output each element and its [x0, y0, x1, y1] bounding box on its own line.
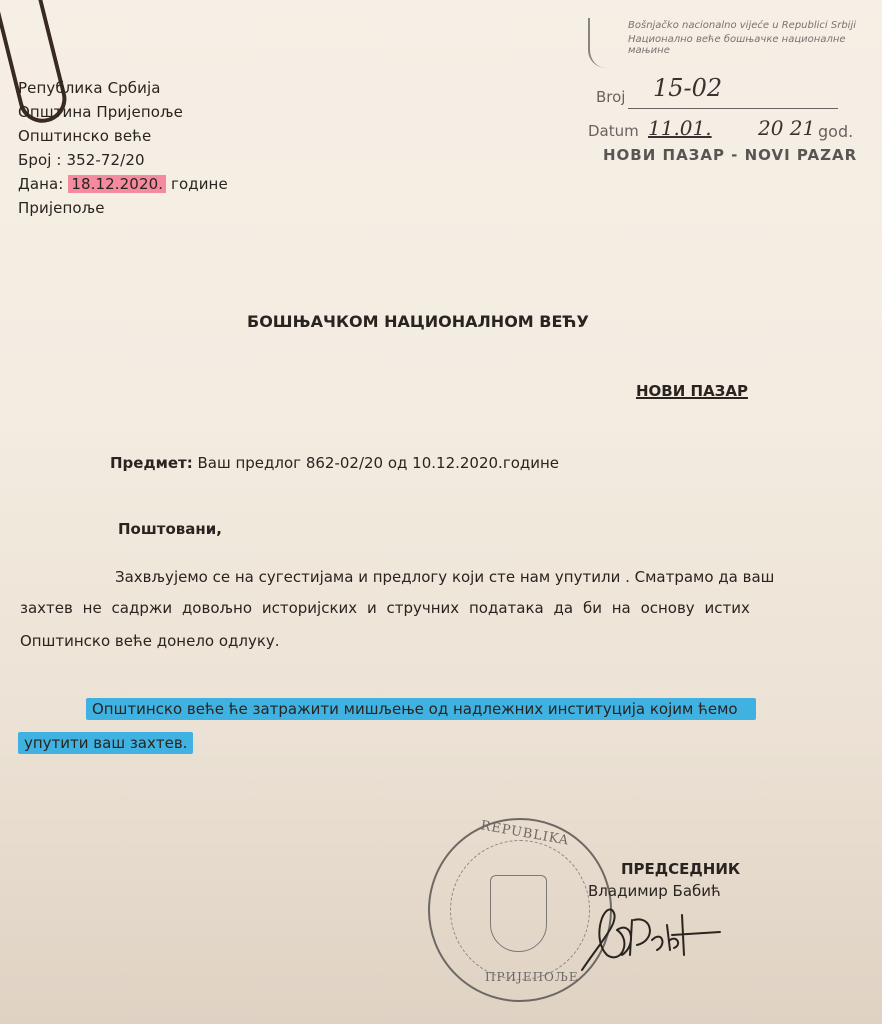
- stamp-number-label: Broj: [596, 88, 625, 106]
- stamp-date-value: 11.01.: [648, 116, 712, 140]
- paragraph2-line1-highlight: Општинско веће ће затражити мишљење од н…: [86, 698, 756, 720]
- word: стручних: [387, 599, 460, 617]
- word: основу: [641, 599, 695, 617]
- stamp-year-value: 20 21: [758, 116, 815, 140]
- sender-line-date: Дана: 18.12.2020. године: [18, 172, 228, 196]
- sender-line-number: Број : 352-72/20: [18, 148, 228, 172]
- paragraph2-line2: упутити ваш захтев.: [18, 734, 193, 752]
- word: и: [367, 599, 377, 617]
- paragraph2-line2-highlight: упутити ваш захтев.: [18, 732, 193, 754]
- word: истих: [705, 599, 750, 617]
- date-label: Дана:: [18, 175, 63, 193]
- signatory-name: Владимир Бабић: [588, 882, 721, 900]
- date-suffix: године: [171, 175, 228, 193]
- paragraph1-line1: Захвљуjемо се на сугестиjама и предлогу …: [115, 568, 774, 586]
- recipient-title: БОШЊАЧКОМ НАЦИОНАЛНОМ ВЕЋУ: [247, 312, 589, 331]
- stamp-year-suffix: god.: [818, 122, 853, 141]
- stamp-number-rule: [628, 108, 838, 109]
- paragraph1-line3: Општинско веће донело одлуку.: [20, 632, 280, 650]
- sender-line-country: Република Србија: [18, 76, 228, 100]
- stamp-emblem-icon: [588, 18, 624, 68]
- word: довољно: [182, 599, 252, 617]
- greeting: Поштовани,: [118, 520, 222, 538]
- received-stamp: Bošnjačko nacionalno vijeće u Republici …: [578, 18, 878, 183]
- word: да: [554, 599, 574, 617]
- sender-line-council: Општинско веће: [18, 124, 228, 148]
- word: на: [612, 599, 631, 617]
- round-stamp-bottom-text: ПРИЈЕПОЉЕ: [485, 970, 579, 984]
- subject-label: Предмет:: [110, 454, 193, 472]
- signature-title: ПРЕДСЕДНИК: [621, 860, 740, 878]
- sender-header: Република Србија Општина Пријепоље Општи…: [18, 76, 228, 220]
- date-value-highlighted: 18.12.2020.: [68, 175, 166, 193]
- word: података: [469, 599, 544, 617]
- stamp-number-value: 15-02: [653, 74, 722, 102]
- stamp-city: НОВИ ПАЗАР - NOVI PAZAR: [603, 146, 857, 164]
- recipient-city: НОВИ ПАЗАР: [636, 382, 748, 400]
- sender-line-place: Пријепоље: [18, 196, 228, 220]
- word: не: [83, 599, 102, 617]
- word: би: [583, 599, 602, 617]
- document-page: Република Србија Општина Пријепоље Општи…: [0, 0, 882, 1024]
- sender-line-municipality: Општина Пријепоље: [18, 100, 228, 124]
- stamp-org-line-1: Bošnjačko nacionalno vijeće u Republici …: [628, 20, 856, 31]
- subject-text: Ваш предлог 862-02/20 од 10.12.2020.годи…: [198, 454, 560, 472]
- stamp-date-label: Datum: [588, 122, 639, 140]
- subject-line: Предмет: Ваш предлог 862-02/20 од 10.12.…: [110, 454, 559, 472]
- stamp-org-line-2: Национално веће бошњачке националне мањи…: [628, 34, 878, 56]
- word: историјских: [262, 599, 357, 617]
- word: садржи: [112, 599, 173, 617]
- coat-of-arms-icon: [490, 875, 547, 952]
- paragraph2-line1: Општинско веће ће затражити мишљење од н…: [86, 700, 756, 718]
- handwritten-signature-icon: [572, 900, 722, 980]
- round-stamp-top-text: REPUBLIKA: [479, 818, 570, 848]
- word: захтев: [20, 599, 73, 617]
- paragraph1-line2: захтевнесадржидовољноисторијскихистручни…: [20, 599, 750, 617]
